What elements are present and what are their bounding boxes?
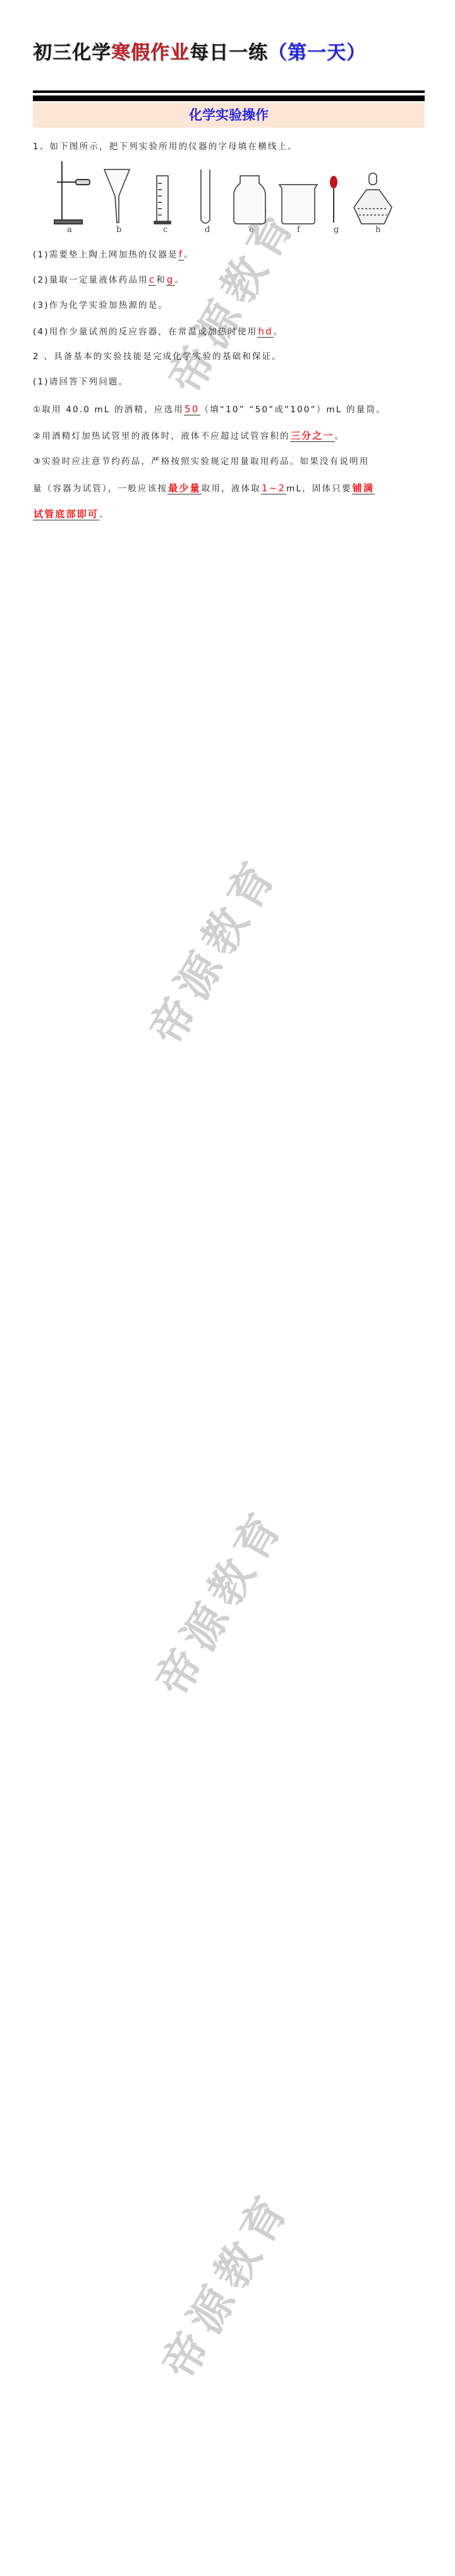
punctuation: 。: [175, 275, 185, 285]
punctuation: 。: [184, 250, 194, 260]
watermark: 帝源教育: [138, 1494, 296, 1706]
prompt-text: 取用，液体取: [202, 484, 261, 494]
title-part1: 初三化学: [33, 42, 111, 64]
question-part: (1)请回答下列问题。: [33, 376, 427, 388]
title-rule-thin: [33, 90, 425, 93]
page-title: 初三化学寒假作业每日一练（第一天）: [33, 37, 425, 67]
test-tube-icon: [201, 169, 210, 223]
prompt-text: (1)需要垫上陶土网加热的仪器是: [33, 250, 178, 260]
answer-blank: 三分之一: [290, 430, 335, 442]
answer-blank: hd: [257, 326, 273, 338]
instrument-label-h: h: [375, 225, 380, 235]
answer-blank: 最少量: [167, 482, 202, 494]
instrument-label-a: a: [67, 225, 72, 235]
prompt-text: ②用酒精灯加热试管里的液体时，液体不应超过试管容积的: [33, 431, 290, 441]
question-part: (1)需要垫上陶土网加热的仪器是f。: [33, 248, 427, 261]
question-part: (2)量取一定量液体药品用c和g。: [33, 273, 427, 286]
answer-blank: g: [166, 274, 175, 286]
prompt-text: (4)用作少量试剂的反应容器，在常温或加热时使用: [33, 327, 257, 337]
answer-blank: 试管底部即可: [33, 508, 99, 520]
alcohol-lamp-icon: [354, 173, 392, 224]
question-stem: 2 、具备基本的实验技能是完成化学实验的基础和保证。: [33, 350, 427, 363]
instrument-label-d: d: [205, 225, 210, 235]
title-part2: 寒假作业: [111, 42, 190, 64]
title-part3: 每日一练: [190, 42, 268, 64]
instrument-label-f: f: [297, 225, 300, 235]
answer-blank: f: [178, 248, 184, 261]
section-heading: 化学实验操作: [33, 102, 425, 128]
prompt-text: ①取用 40.0 mL 的酒精，应选用: [33, 405, 184, 415]
answer-blank: 1~2: [261, 482, 286, 494]
iron-stand-icon: [54, 161, 90, 224]
reagent-bottle-icon: [234, 176, 265, 224]
question-part: (3)作为化学实验加热源的是。: [33, 299, 427, 312]
worksheet-page: 帝源教育 帝源教育 帝源教育 帝源教育 初三化学寒假作业每日一练（第一天） 化学…: [0, 0, 455, 2576]
instrument-label-g: g: [334, 225, 339, 235]
punctuation: 。: [99, 510, 109, 520]
question-part: 试管底部即可。: [33, 508, 427, 521]
question-part: ②用酒精灯加热试管里的液体时，液体不应超过试管容积的三分之一。: [33, 429, 427, 443]
title-part4: （第一天）: [268, 42, 366, 64]
answer-blank: 50: [184, 403, 200, 415]
question-part: ①取用 40.0 mL 的酒精，应选用50（填“10” “50”或”100”）m…: [33, 403, 427, 416]
prompt-text: 量（容器为试管），一般应该按: [33, 484, 167, 494]
question-part: (4)用作少量试剂的反应容器，在常温或加热时使用hd。: [33, 325, 427, 338]
punctuation: 。: [335, 431, 345, 441]
question-part: ③实验时应注意节约药品，严格按照实验规定用量取用药品。如果没有说明用: [33, 455, 427, 468]
watermark: 帝源教育: [131, 843, 290, 1055]
beaker-icon: [279, 185, 317, 224]
question-part: 量（容器为试管），一般应该按最少量取用，液体取1~2mL，固体只要铺满: [33, 482, 427, 495]
watermark: 帝源教育: [144, 2177, 303, 2389]
instrument-label-e: e: [249, 225, 254, 235]
dropper-icon: [330, 176, 337, 223]
answer-blank: c: [149, 274, 156, 286]
title-rule-thick: [33, 95, 425, 101]
graduated-cylinder-icon: [154, 176, 171, 224]
prompt-text: (2)量取一定量液体药品用: [33, 275, 149, 285]
instrument-label-b: b: [116, 225, 121, 235]
question-stem: 1、如下图所示，把下列实验所用的仪器的字母填在横线上。: [33, 140, 427, 153]
answer-blank: 铺满: [352, 482, 375, 494]
prompt-text: （填“10” “50”或”100”）mL 的量筒。: [200, 405, 386, 415]
lab-instruments-figure: [51, 158, 404, 228]
instrument-label-c: c: [163, 225, 167, 235]
prompt-text: mL，固体只要: [286, 484, 352, 494]
punctuation: 。: [274, 327, 284, 337]
prompt-text: 和: [156, 275, 166, 285]
funnel-icon: [104, 169, 130, 223]
